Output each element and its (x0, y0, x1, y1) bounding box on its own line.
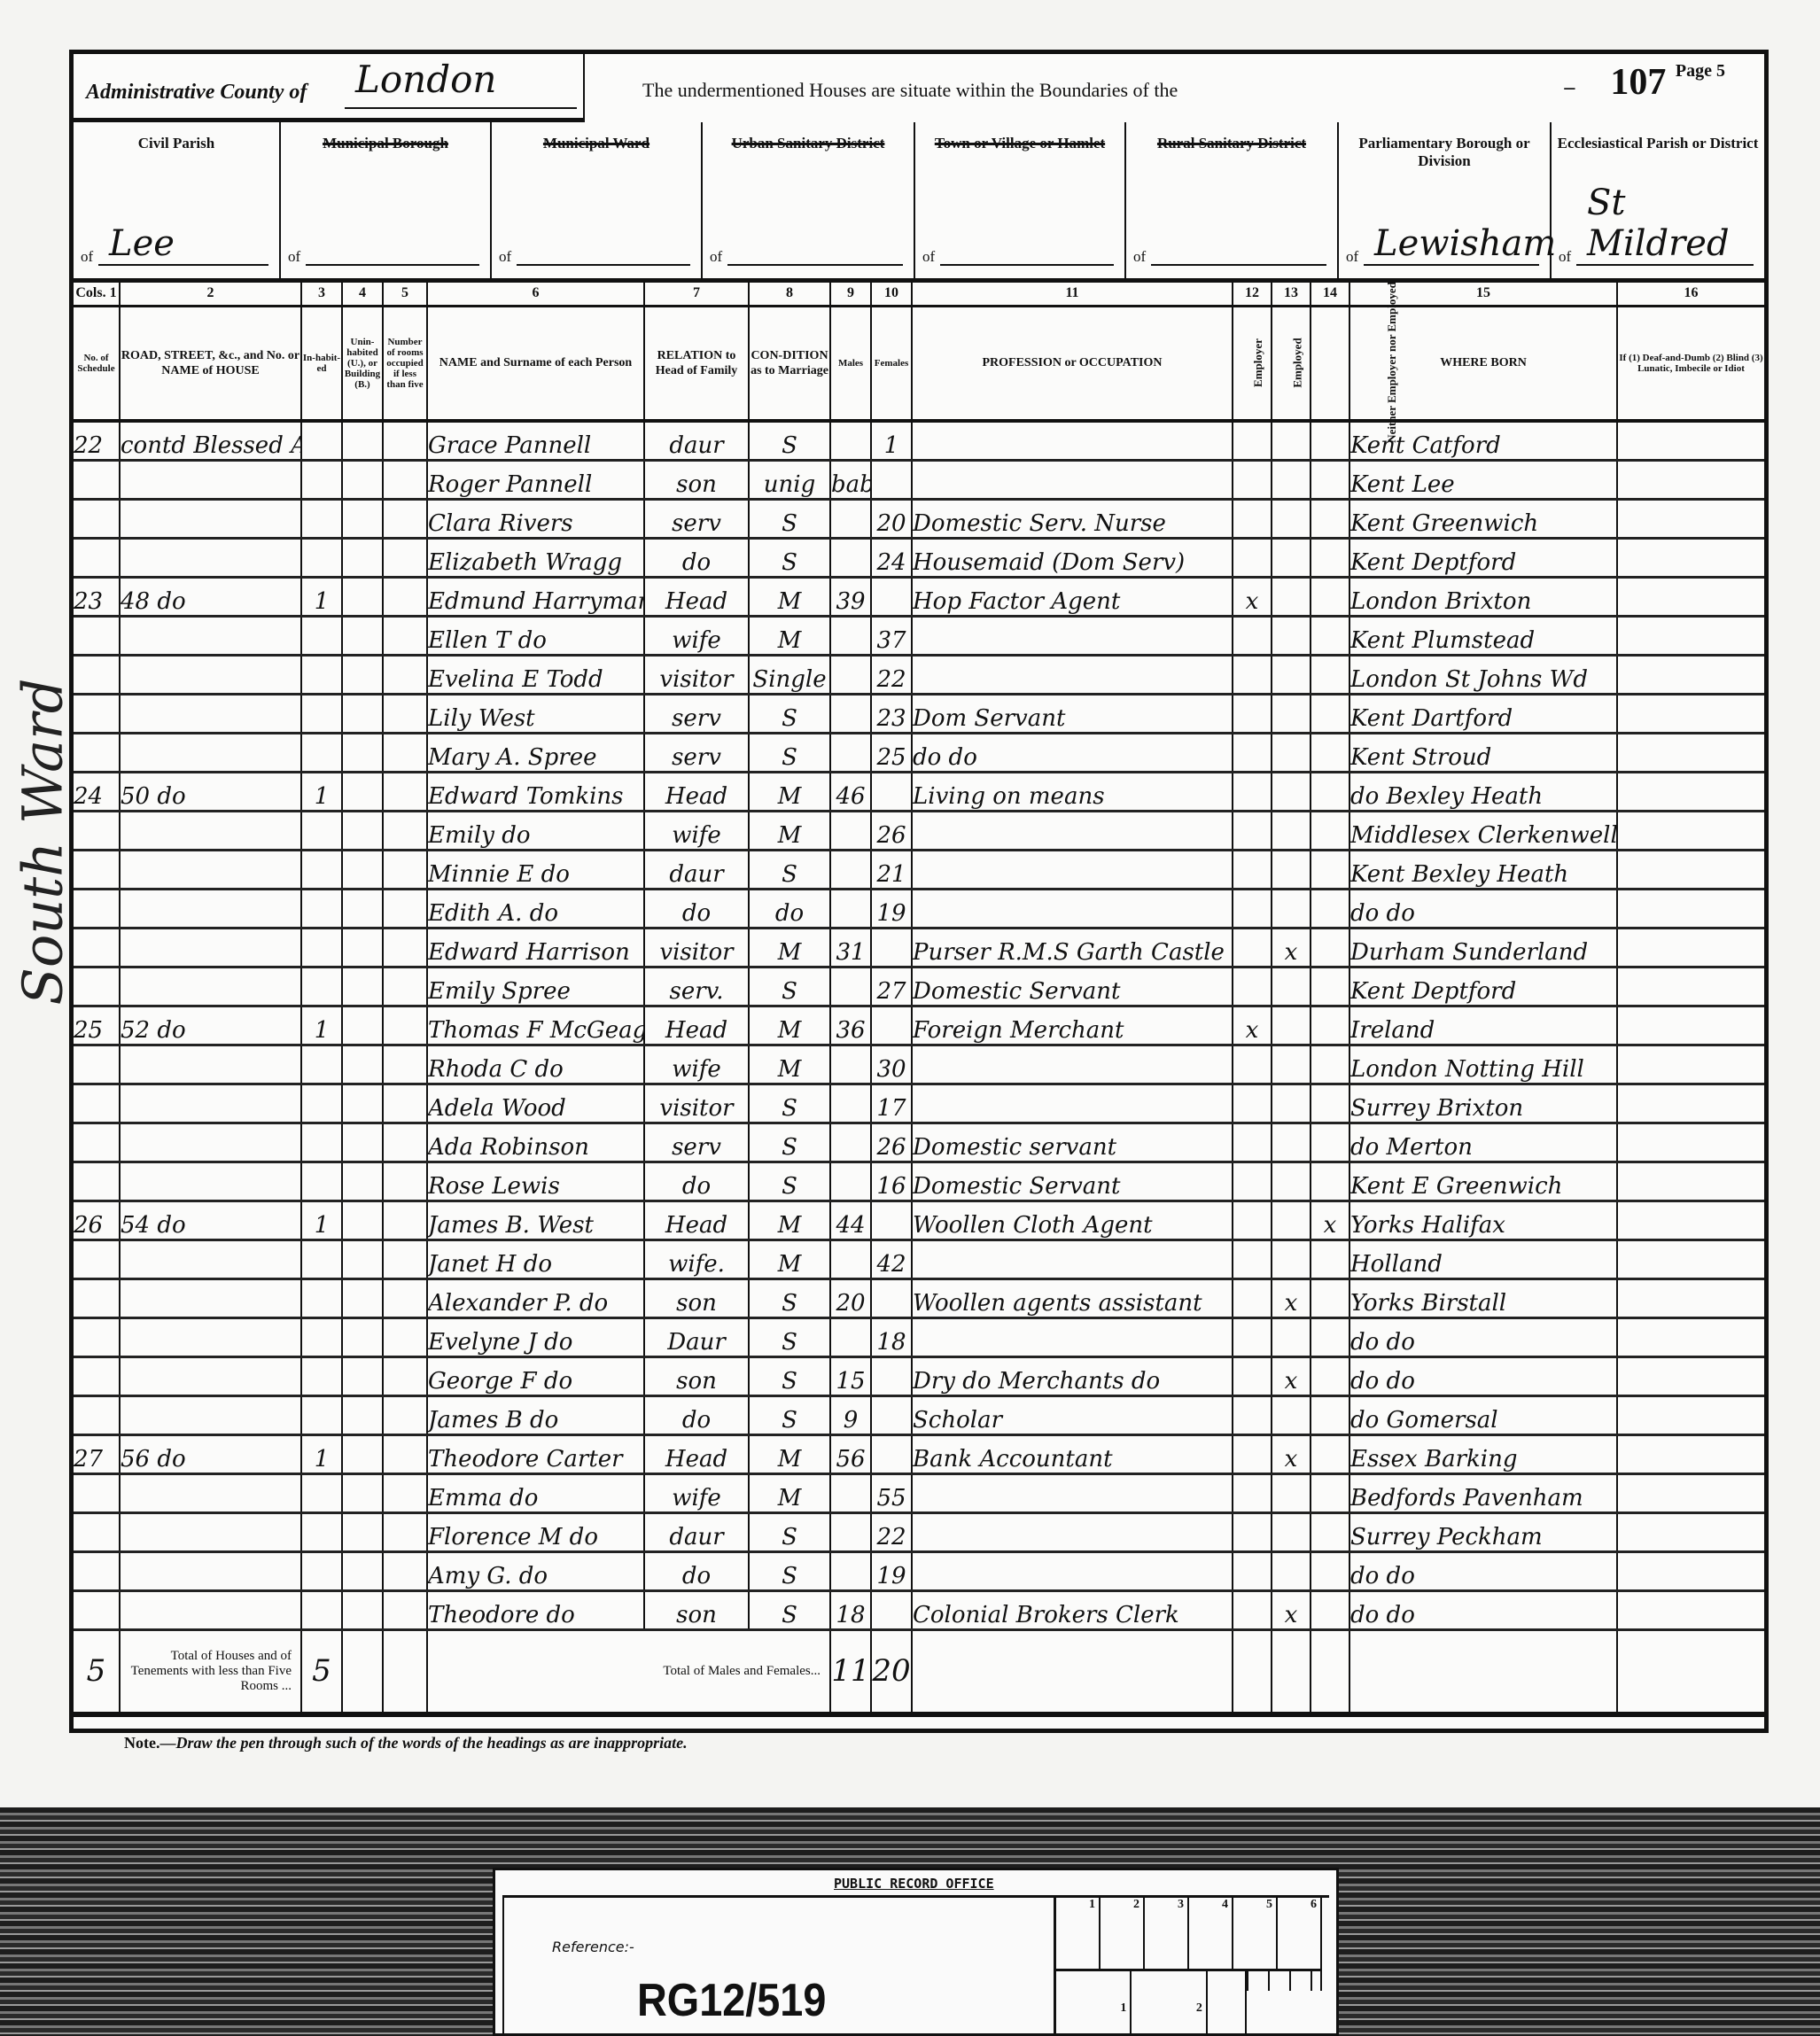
age-female (871, 1590, 912, 1629)
uninhabited-mark (342, 889, 383, 928)
division-value: Lee (109, 223, 175, 264)
infirmity (1617, 889, 1764, 928)
census-row: 2552 do1Thomas F McGeaghHeadM36Foreign M… (74, 1006, 1764, 1045)
census-row: Clara RiversservS20Domestic Serv. NurseK… (74, 499, 1764, 538)
employer-mark (1233, 850, 1272, 889)
employer-mark (1233, 1201, 1272, 1239)
uninhabited-mark (342, 1006, 383, 1045)
rooms-count (383, 577, 427, 616)
infirmity (1617, 499, 1764, 538)
division-municipal-borough: Municipal Borough of (281, 122, 492, 278)
heading-condition: CON-DITION as to Marriage (749, 306, 830, 421)
reference-value: RG12/519 (637, 1974, 826, 2027)
birthplace: Kent Deptford (1349, 538, 1617, 577)
neither-mark (1311, 1045, 1349, 1084)
schedule-number (74, 1512, 120, 1551)
infirmity (1617, 1590, 1764, 1629)
relation-to-head: serv (644, 499, 749, 538)
age-male (830, 616, 871, 655)
person-name: Clara Rivers (427, 499, 644, 538)
infirmity (1617, 1278, 1764, 1317)
birthplace: Kent Lee (1349, 460, 1617, 499)
uninhabited-mark (342, 616, 383, 655)
marital-condition: S (749, 1356, 830, 1395)
schedule-number (74, 1395, 120, 1434)
uninhabited-mark (342, 811, 383, 850)
heading-relation: RELATION to Head of Family (644, 306, 749, 421)
rooms-count (383, 1045, 427, 1084)
employed-mark (1272, 1395, 1311, 1434)
birthplace: Ireland (1349, 1006, 1617, 1045)
relation-to-head: Head (644, 1006, 749, 1045)
infirmity (1617, 616, 1764, 655)
marital-condition: M (749, 1434, 830, 1473)
inhabited-mark (301, 967, 342, 1006)
relation-to-head: son (644, 1278, 749, 1317)
birthplace: London St Johns Wd (1349, 655, 1617, 694)
uninhabited-mark (342, 1395, 383, 1434)
age-male: 20 (830, 1278, 871, 1317)
total-schedules: 5 (74, 1629, 120, 1714)
person-name: Ada Robinson (427, 1123, 644, 1162)
person-name: Emily Spree (427, 967, 644, 1006)
neither-mark (1311, 772, 1349, 811)
census-row: Elizabeth WraggdoS24Housemaid (Dom Serv)… (74, 538, 1764, 577)
employer-mark (1233, 733, 1272, 772)
scale-ticks (1247, 1971, 1322, 1991)
census-row: Emma dowifeM55Bedfords Pavenham (74, 1473, 1764, 1512)
inhabited-mark (301, 1395, 342, 1434)
relation-to-head: serv (644, 1123, 749, 1162)
age-male (830, 694, 871, 733)
employer-mark (1233, 460, 1272, 499)
age-male (830, 1162, 871, 1201)
infirmity (1617, 1551, 1764, 1590)
birthplace: Kent Dartford (1349, 694, 1617, 733)
marital-condition: do (749, 889, 830, 928)
infirmity (1617, 1356, 1764, 1395)
birthplace: Kent Greenwich (1349, 499, 1617, 538)
uninhabited-mark (342, 772, 383, 811)
employed-mark (1272, 1239, 1311, 1278)
rooms-count (383, 928, 427, 967)
occupation (912, 889, 1233, 928)
census-row: 2450 do1Edward TomkinsHeadM46Living on m… (74, 772, 1764, 811)
person-name: Janet H do (427, 1239, 644, 1278)
infirmity (1617, 1084, 1764, 1123)
census-row: George F dosonS15Dry do Merchants doxdo … (74, 1356, 1764, 1395)
occupation (912, 1084, 1233, 1123)
neither-mark (1311, 1317, 1349, 1356)
inhabited-mark: 1 (301, 1006, 342, 1045)
road-address (120, 811, 301, 850)
person-name: Alexander P. do (427, 1278, 644, 1317)
census-row: Florence M dodaurS22Surrey Peckham (74, 1512, 1764, 1551)
birthplace: do do (1349, 1590, 1617, 1629)
inhabited-mark (301, 850, 342, 889)
marital-condition: S (749, 1278, 830, 1317)
occupation (912, 1551, 1233, 1590)
birthplace: do do (1349, 1317, 1617, 1356)
employed-mark (1272, 499, 1311, 538)
inhabited-mark (301, 655, 342, 694)
occupation: Woollen Cloth Agent (912, 1201, 1233, 1239)
marital-condition: S (749, 694, 830, 733)
neither-mark (1311, 889, 1349, 928)
age-male (830, 1551, 871, 1590)
age-female: 24 (871, 538, 912, 577)
census-row: Amy G. dodoS19do do (74, 1551, 1764, 1590)
uninhabited-mark (342, 1123, 383, 1162)
relation-to-head: wife (644, 1045, 749, 1084)
rooms-count (383, 1278, 427, 1317)
employer-mark (1233, 1239, 1272, 1278)
employed-mark (1272, 655, 1311, 694)
birthplace: Essex Barking (1349, 1434, 1617, 1473)
road-address (120, 460, 301, 499)
occupation (912, 460, 1233, 499)
census-row: Theodore dosonS18Colonial Brokers Clerkx… (74, 1590, 1764, 1629)
employed-mark: x (1272, 928, 1311, 967)
division-municipal-ward: Municipal Ward of (492, 122, 703, 278)
division-town-village-hamlet: Town or Village or Hamlet of (915, 122, 1126, 278)
heading-schedule: No. of Schedule (74, 306, 120, 421)
infirmity (1617, 460, 1764, 499)
infirmity (1617, 538, 1764, 577)
census-row: Alexander P. dosonS20Woollen agents assi… (74, 1278, 1764, 1317)
occupation (912, 1239, 1233, 1278)
neither-mark (1311, 1395, 1349, 1434)
infirmity (1617, 421, 1764, 460)
person-name: James B. West (427, 1201, 644, 1239)
uninhabited-mark (342, 1084, 383, 1123)
uninhabited-mark (342, 421, 383, 460)
employed-mark (1272, 694, 1311, 733)
occupation: Bank Accountant (912, 1434, 1233, 1473)
age-female: 22 (871, 1512, 912, 1551)
neither-mark (1311, 1473, 1349, 1512)
infirmity (1617, 1123, 1764, 1162)
age-male: 36 (830, 1006, 871, 1045)
uninhabited-mark (342, 1045, 383, 1084)
road-address: 48 do (120, 577, 301, 616)
census-row: 2348 do1Edmund HarrymanHeadM39Hop Factor… (74, 577, 1764, 616)
employed-mark (1272, 1512, 1311, 1551)
inhabited-mark (301, 811, 342, 850)
age-female (871, 460, 912, 499)
neither-mark (1311, 1512, 1349, 1551)
census-row: Lily WestservS23Dom ServantKent Dartford (74, 694, 1764, 733)
employer-mark (1233, 1473, 1272, 1512)
age-male: 39 (830, 577, 871, 616)
census-row: Mary A. SpreeservS25do doKent Stroud (74, 733, 1764, 772)
census-row: Rose LewisdoS16Domestic ServantKent E Gr… (74, 1162, 1764, 1201)
occupation: Living on means (912, 772, 1233, 811)
inch-scale: 1 2 (1056, 1971, 1322, 2036)
occupation (912, 616, 1233, 655)
neither-mark (1311, 694, 1349, 733)
person-name: Edward Harrison (427, 928, 644, 967)
occupation: Hop Factor Agent (912, 577, 1233, 616)
neither-mark (1311, 733, 1349, 772)
age-male: 15 (830, 1356, 871, 1395)
rooms-count (383, 1317, 427, 1356)
road-address: 52 do (120, 1006, 301, 1045)
road-address (120, 1512, 301, 1551)
road-address (120, 1473, 301, 1512)
age-female (871, 1395, 912, 1434)
neither-mark (1311, 1356, 1349, 1395)
road-address (120, 928, 301, 967)
employer-mark (1233, 694, 1272, 733)
infirmity (1617, 577, 1764, 616)
birthplace: Bedfords Pavenham (1349, 1473, 1617, 1512)
neither-mark: x (1311, 1201, 1349, 1239)
uninhabited-mark (342, 1278, 383, 1317)
heading-infirmity: If (1) Deaf-and-Dumb (2) Blind (3) Lunat… (1617, 306, 1764, 421)
employer-mark (1233, 811, 1272, 850)
employed-mark (1272, 733, 1311, 772)
age-female (871, 1434, 912, 1473)
age-female: 42 (871, 1239, 912, 1278)
relation-to-head: son (644, 1356, 749, 1395)
infirmity (1617, 1162, 1764, 1201)
schedule-number (74, 850, 120, 889)
occupation (912, 1045, 1233, 1084)
uninhabited-mark (342, 850, 383, 889)
neither-mark (1311, 655, 1349, 694)
road-address (120, 967, 301, 1006)
occupation: Colonial Brokers Clerk (912, 1590, 1233, 1629)
occupation (912, 850, 1233, 889)
employed-mark (1272, 1317, 1311, 1356)
occupation: Woollen agents assistant (912, 1278, 1233, 1317)
uninhabited-mark (342, 694, 383, 733)
neither-mark (1311, 811, 1349, 850)
census-row: Janet H dowife.M42Holland (74, 1239, 1764, 1278)
marital-condition: S (749, 1317, 830, 1356)
employed-mark (1272, 811, 1311, 850)
infirmity (1617, 1395, 1764, 1434)
schedule-number (74, 1473, 120, 1512)
infirmity (1617, 1473, 1764, 1512)
infirmity (1617, 733, 1764, 772)
person-name: Evelyne J do (427, 1317, 644, 1356)
person-name: Rhoda C do (427, 1045, 644, 1084)
age-female: 26 (871, 811, 912, 850)
employed-mark (1272, 1123, 1311, 1162)
neither-mark (1311, 1084, 1349, 1123)
employed-mark (1272, 889, 1311, 928)
employed-mark (1272, 1006, 1311, 1045)
age-male (830, 1473, 871, 1512)
margin-annotation-text: South Ward (11, 679, 75, 1006)
inhabited-mark (301, 889, 342, 928)
road-address (120, 1084, 301, 1123)
age-male: baby (830, 460, 871, 499)
uninhabited-mark (342, 967, 383, 1006)
total-females: 20 (871, 1629, 912, 1714)
age-female: 30 (871, 1045, 912, 1084)
occupation: Domestic Servant (912, 1162, 1233, 1201)
infirmity (1617, 655, 1764, 694)
rooms-count (383, 1006, 427, 1045)
inhabited-mark (301, 1084, 342, 1123)
road-address: 56 do (120, 1434, 301, 1473)
administrative-divisions: Civil Parish of Lee Municipal Borough of… (74, 122, 1764, 283)
uninhabited-mark (342, 1239, 383, 1278)
inhabited-mark: 1 (301, 1201, 342, 1239)
relation-to-head: daur (644, 1512, 749, 1551)
employer-mark (1233, 616, 1272, 655)
marital-condition: M (749, 1045, 830, 1084)
birthplace: do Merton (1349, 1123, 1617, 1162)
uninhabited-mark (342, 1512, 383, 1551)
inhabited-mark (301, 928, 342, 967)
infirmity (1617, 1201, 1764, 1239)
person-name: Edward Tomkins (427, 772, 644, 811)
age-male (830, 499, 871, 538)
heading-inhabited: In-habit-ed (301, 306, 342, 421)
road-address (120, 1590, 301, 1629)
census-row: Ada RobinsonservS26Domestic servantdo Me… (74, 1123, 1764, 1162)
birthplace: Kent E Greenwich (1349, 1162, 1617, 1201)
employed-mark: x (1272, 1356, 1311, 1395)
occupation: Domestic Serv. Nurse (912, 499, 1233, 538)
birthplace: Yorks Halifax (1349, 1201, 1617, 1239)
schedule-number (74, 1239, 120, 1278)
relation-to-head: serv. (644, 967, 749, 1006)
age-female: 37 (871, 616, 912, 655)
employed-mark (1272, 421, 1311, 460)
employer-mark (1233, 1512, 1272, 1551)
inhabited-mark (301, 1239, 342, 1278)
infirmity (1617, 928, 1764, 967)
marital-condition: M (749, 1006, 830, 1045)
schedule-number (74, 1356, 120, 1395)
rooms-count (383, 889, 427, 928)
division-value: Lewisham (1374, 223, 1556, 264)
person-name: Roger Pannell (427, 460, 644, 499)
person-name: Ellen T do (427, 616, 644, 655)
employer-mark (1233, 1395, 1272, 1434)
note-text: Draw the pen through such of the words o… (175, 1734, 687, 1752)
age-male (830, 1045, 871, 1084)
infirmity (1617, 1006, 1764, 1045)
birthplace: Kent Plumstead (1349, 616, 1617, 655)
age-female: 1 (871, 421, 912, 460)
person-name: George F do (427, 1356, 644, 1395)
age-male (830, 1317, 871, 1356)
marital-condition: S (749, 850, 830, 889)
road-address: 50 do (120, 772, 301, 811)
reference-card: PUBLIC RECORD OFFICE Reference:- RG12/51… (493, 1868, 1339, 2036)
census-row: Evelina E ToddvisitorSingle22London St J… (74, 655, 1764, 694)
age-male (830, 889, 871, 928)
census-row: Ellen T dowifeM37Kent Plumstead (74, 616, 1764, 655)
heading-neither: Neither Employer nor Employed (1311, 306, 1349, 421)
rooms-count (383, 655, 427, 694)
person-name: Rose Lewis (427, 1162, 644, 1201)
person-name: Edmund Harryman (427, 577, 644, 616)
marital-condition: unig (749, 460, 830, 499)
schedule-number (74, 499, 120, 538)
uninhabited-mark (342, 1590, 383, 1629)
uninhabited-mark (342, 538, 383, 577)
inhabited-mark (301, 1045, 342, 1084)
uninhabited-mark (342, 577, 383, 616)
person-name: Theodore Carter (427, 1434, 644, 1473)
neither-mark (1311, 538, 1349, 577)
age-male (830, 1239, 871, 1278)
person-name: Amy G. do (427, 1551, 644, 1590)
road-address (120, 616, 301, 655)
road-address (120, 694, 301, 733)
employed-mark (1272, 1045, 1311, 1084)
neither-mark (1311, 1278, 1349, 1317)
rooms-count (383, 1551, 427, 1590)
census-row: Adela WoodvisitorS17Surrey Brixton (74, 1084, 1764, 1123)
infirmity (1617, 1512, 1764, 1551)
marital-condition: S (749, 499, 830, 538)
schedule-number (74, 967, 120, 1006)
employed-mark (1272, 772, 1311, 811)
schedule-number: 22 (74, 421, 120, 460)
birthplace: Kent Bexley Heath (1349, 850, 1617, 889)
relation-to-head: wife (644, 616, 749, 655)
road-address (120, 1395, 301, 1434)
employed-mark (1272, 1162, 1311, 1201)
employer-mark (1233, 1434, 1272, 1473)
relation-to-head: Head (644, 577, 749, 616)
age-female: 19 (871, 1551, 912, 1590)
uninhabited-mark (342, 1162, 383, 1201)
admin-county-line (345, 107, 577, 109)
road-address (120, 1551, 301, 1590)
employed-mark (1272, 577, 1311, 616)
neither-mark (1311, 460, 1349, 499)
uninhabited-mark (342, 1551, 383, 1590)
road-address (120, 733, 301, 772)
census-rows: 22contd Blessed Ash HillGrace Pannelldau… (74, 421, 1764, 1629)
age-male: 31 (830, 928, 871, 967)
occupation (912, 1317, 1233, 1356)
schedule-number: 25 (74, 1006, 120, 1045)
employed-mark (1272, 1551, 1311, 1590)
inhabited-mark (301, 1162, 342, 1201)
uninhabited-mark (342, 499, 383, 538)
schedule-number: 27 (74, 1434, 120, 1473)
neither-mark (1311, 850, 1349, 889)
inhabited-mark (301, 538, 342, 577)
employed-mark: x (1272, 1590, 1311, 1629)
relation-to-head: do (644, 1395, 749, 1434)
relation-to-head: Head (644, 772, 749, 811)
employed-mark (1272, 538, 1311, 577)
inhabited-mark: 1 (301, 577, 342, 616)
relation-to-head: visitor (644, 655, 749, 694)
age-male (830, 655, 871, 694)
uninhabited-mark (342, 928, 383, 967)
schedule-number (74, 655, 120, 694)
age-female (871, 1356, 912, 1395)
person-name: Thomas F McGeagh (427, 1006, 644, 1045)
age-male (830, 421, 871, 460)
division-civil-parish: Civil Parish of Lee (74, 122, 281, 278)
age-female (871, 577, 912, 616)
occupation: Purser R.M.S Garth Castle (912, 928, 1233, 967)
relation-to-head: Daur (644, 1317, 749, 1356)
